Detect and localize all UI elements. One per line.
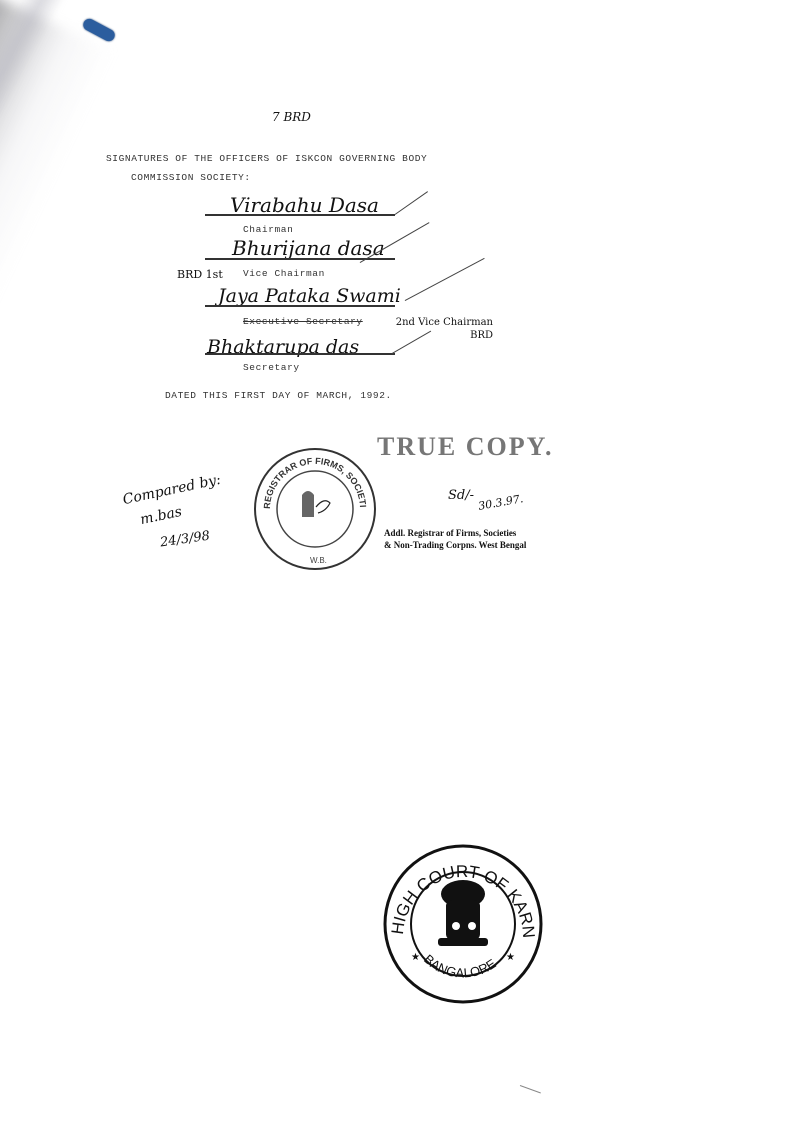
high-court-seal: HIGH COURT OF KARNATAKA BANGALORE ★ ★ (378, 842, 548, 1007)
title-secretary: Secretary (243, 362, 300, 373)
registrar-sign-date: 30.3.97. (477, 492, 524, 513)
scan-shadow (0, 0, 114, 686)
signature-executive-secretary: Jaya Pataka Swami (218, 285, 401, 307)
strike-mark (405, 258, 485, 301)
strike-mark (395, 191, 428, 215)
compared-by-date: 24/3/98 (159, 529, 211, 551)
title-chairman: Chairman (243, 224, 293, 235)
annotation-vice-chairman: BRD 1st (177, 268, 223, 281)
svg-text:★: ★ (411, 952, 420, 963)
compared-by-signature: m.bas (139, 504, 184, 528)
signature-vice-chairman: Bhurijana dasa (232, 236, 385, 260)
signature-line (205, 353, 395, 355)
annotation-executive-secretary: 2nd Vice Chairman BRD (383, 316, 493, 342)
true-copy-stamp: TRUE COPY. (377, 432, 554, 462)
registrar-designation-2: & Non-Trading Corpns. West Bengal (384, 540, 526, 550)
heading-line-1: SIGNATURES OF THE OFFICERS OF ISKCON GOV… (106, 153, 427, 164)
seal-signature (316, 501, 330, 513)
dated-line: DATED THIS FIRST DAY OF MARCH, 1992. (165, 390, 392, 401)
court-seal-bottom-text: BANGALORE (421, 951, 499, 980)
scan-mark (520, 1085, 541, 1094)
registrar-designation-1: Addl. Registrar of Firms, Societies (384, 528, 516, 538)
title-vice-chairman: Vice Chairman (243, 268, 325, 279)
registrar-initials: Sd/- (448, 488, 474, 503)
registrar-seal-short: W.B. (310, 556, 327, 565)
ashoka-emblem-icon (438, 880, 488, 946)
emblem-icon (302, 491, 314, 517)
svg-text:BANGALORE: BANGALORE (421, 951, 499, 980)
registrar-seal: REGISTRAR OF FIRMS, SOCIETIES & NON TRAD… (250, 447, 380, 572)
title-executive-secretary: Executive Secretary (243, 316, 363, 327)
heading-line-2: COMMISSION SOCIETY: (131, 172, 251, 183)
compared-by-note: Compared by: (121, 472, 222, 508)
signature-line (205, 305, 395, 307)
svg-text:★: ★ (506, 952, 515, 963)
page-reference: 7 BRD (272, 110, 311, 124)
signature-secretary: Bhaktarupa das (207, 336, 359, 358)
signature-line (205, 214, 395, 216)
